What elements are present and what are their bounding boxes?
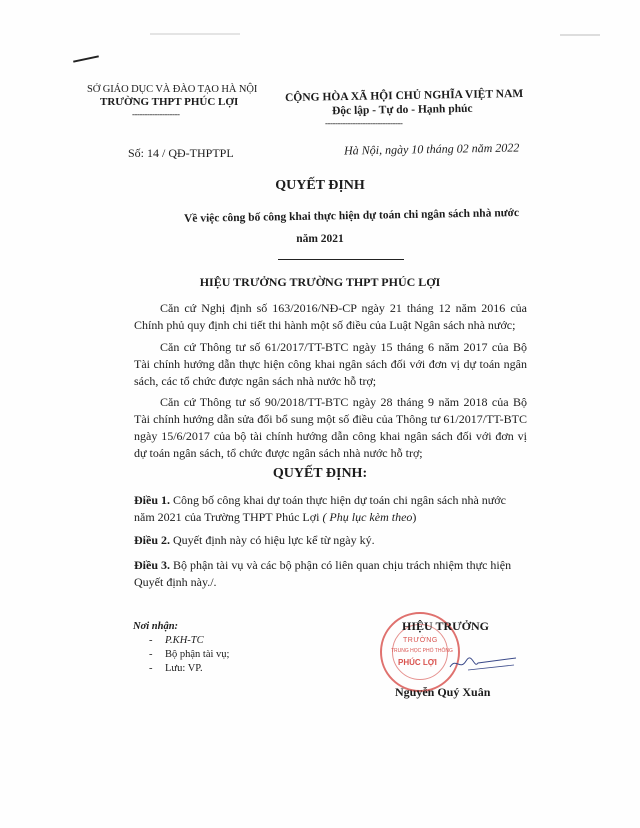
national-motto: Độc lập - Tự do - Hạnh phúc [332, 103, 473, 117]
appendix-note: ( Phụ lục kèm theo [322, 510, 412, 524]
place-and-date: Hà Nội, ngày 10 tháng 02 năm 2022 [344, 140, 520, 158]
article-3: Điều 3. Bộ phận tài vụ và các bộ phận có… [134, 557, 527, 591]
signer-name: Nguyễn Quý Xuân [395, 685, 490, 700]
article-1: Điều 1. Công bố công khai dự toán thực h… [134, 492, 527, 526]
decides-heading: QUYẾT ĐỊNH: [0, 466, 640, 482]
preamble-paragraph: Căn cứ Thông tư số 90/2018/TT-BTC ngày 2… [134, 394, 527, 462]
article-label: Điều 2. [134, 533, 170, 547]
school-name: TRƯỜNG THPT PHÚC LỢI [100, 96, 238, 108]
stamp-text: TRƯỜNG [403, 637, 438, 644]
preamble-paragraph: Căn cứ Thông tư số 61/2017/TT-BTC ngày 1… [134, 339, 527, 390]
stamp-text: PHÚC LỢI [398, 658, 437, 667]
article-label: Điều 1. [134, 493, 170, 507]
document-subtitle: Về việc công bố công khai thực hiện dự t… [184, 207, 519, 225]
issuing-authority: HIỆU TRƯỞNG TRƯỜNG THPT PHÚC LỢI [0, 275, 640, 290]
title-divider [278, 259, 404, 260]
article-label: Điều 3. [134, 558, 170, 572]
signer-title: HIỆU TRƯỞNG [402, 619, 489, 634]
recipient-item: Lưu: VP. [149, 662, 229, 676]
preamble-paragraph: Căn cứ Nghị định số 163/2016/NĐ-CP ngày … [134, 300, 527, 334]
scan-artifact [560, 34, 600, 36]
document-number: Số: 14 / QĐ-THPTPL [128, 146, 234, 161]
national-title: CỘNG HÒA XÃ HỘI CHỦ NGHĨA VIỆT NAM [285, 88, 523, 104]
scan-artifact [150, 33, 240, 35]
recipients-block: Nơi nhận: P.KH-TC Bộ phận tài vụ; Lưu: V… [133, 620, 229, 676]
recipients-list: P.KH-TC Bộ phận tài vụ; Lưu: VP. [133, 634, 229, 676]
handwritten-signature [448, 655, 518, 673]
stamp-text: TRUNG HỌC PHỔ THÔNG [391, 648, 453, 654]
pen-mark [73, 55, 99, 62]
document-title: QUYẾT ĐỊNH [0, 178, 640, 194]
document-page: SỞ GIÁO DỤC VÀ ĐÀO TẠO HÀ NỘI TRƯỜNG THP… [0, 0, 640, 828]
issuing-agency: SỞ GIÁO DỤC VÀ ĐÀO TẠO HÀ NỘI [87, 84, 257, 95]
document-subtitle-year: năm 2021 [0, 233, 640, 245]
recipient-item: P.KH-TC [149, 634, 229, 648]
article-2: Điều 2. Quyết định này có hiệu lực kể từ… [134, 532, 527, 549]
header-right-divider: ------------------------------- [325, 118, 402, 128]
header-left-divider: ------------------- [132, 109, 179, 119]
recipients-label: Nơi nhận: [133, 620, 229, 634]
recipient-item: Bộ phận tài vụ; [149, 648, 229, 662]
